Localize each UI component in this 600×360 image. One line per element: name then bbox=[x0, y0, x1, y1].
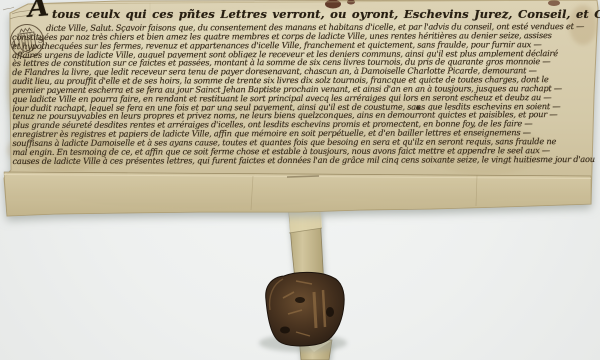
light-patch bbox=[100, 10, 500, 100]
seal-pit-3 bbox=[280, 327, 290, 334]
annotation-squiggle-3 bbox=[3, 7, 14, 10]
stain-bottom-left bbox=[7, 128, 117, 172]
stain-top-right-corner bbox=[569, 5, 597, 45]
seal-texture-bar-1 bbox=[314, 292, 316, 328]
ink-spot bbox=[416, 106, 420, 110]
wax-seal bbox=[259, 272, 347, 352]
red-stain-right bbox=[548, 0, 560, 6]
parchment-sheet bbox=[4, 0, 598, 216]
plica-fold bbox=[4, 172, 591, 216]
stain-bottom-right bbox=[425, 125, 545, 175]
charter-photo: 4 S bbox=[0, 0, 600, 360]
seal-pit-2 bbox=[326, 307, 334, 317]
seal-pit-1 bbox=[295, 297, 305, 303]
tag-slit bbox=[287, 176, 319, 177]
parchment-scene: 4 S bbox=[0, 0, 600, 360]
